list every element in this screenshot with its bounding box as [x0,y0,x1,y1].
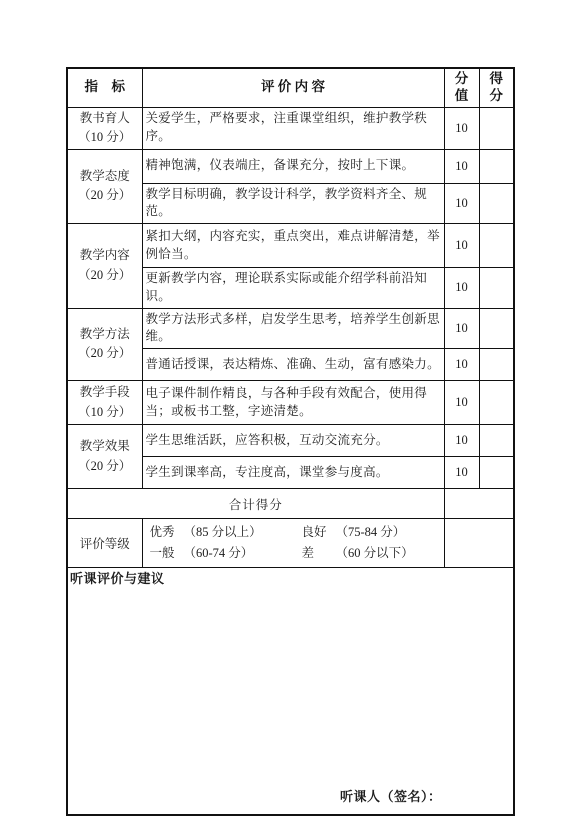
header-obtained: 得 分 [479,68,514,107]
grade-option-name: 优秀 [150,524,184,540]
score-value: 10 [444,149,479,183]
indicator-group-6: 教学效果 （20 分） [67,425,142,489]
indicator-group-3: 教学内容 （20 分） [67,224,142,309]
indicator-group-5: 教学手段 （10 分） [67,381,142,425]
group-name: 教书育人 [69,109,141,128]
criterion-text: 紧扣大纲，内容充实，重点突出，难点讲解清楚，举例恰当。 [142,224,444,268]
table-row: 教学内容 （20 分） 紧扣大纲，内容充实，重点突出，难点讲解清楚，举例恰当。 … [67,224,514,268]
group-points: （10 分） [69,403,141,422]
document-page: 指 标 评 价 内 容 分 值 得 分 教书育人 （10 分） 关爱学生，严格要… [0,0,564,790]
criterion-text: 精神饱满，仪表端庄，备课充分，按时上下课。 [142,149,444,183]
grade-option-name: 良好 [302,524,336,540]
grade-option-range: （60 分以下） [336,546,414,560]
grade-result-cell [444,519,514,568]
table-row: 教学手段 （10 分） 电子课件制作精良，与各种手段有效配合，使用得当；或板书工… [67,381,514,425]
total-score-cell [444,489,514,519]
obtained-score-cell [479,425,514,457]
obtained-score-cell [479,457,514,489]
total-score-row: 合计得分 [67,489,514,519]
obtained-score-cell [479,107,514,149]
score-value: 10 [444,425,479,457]
grade-option-name: 差 [302,545,336,561]
grade-option-range: （60-74 分） [184,546,254,560]
obtained-score-cell [479,268,514,309]
criterion-text: 教学方法形式多样，启发学生思考，培养学生创新思维。 [142,308,444,349]
grade-row: 评价等级 优秀（85 分以上） 良好（75-84 分） 一般（60-74 分） … [67,519,514,568]
group-points: （20 分） [69,344,141,363]
table-row: 教书育人 （10 分） 关爱学生，严格要求，注重课堂组织，维护教学秩序。 10 [67,107,514,149]
indicator-group-4: 教学方法 （20 分） [67,308,142,381]
score-value: 10 [444,349,479,381]
obtained-score-cell [479,349,514,381]
grade-options: 优秀（85 分以上） 良好（75-84 分） 一般（60-74 分） 差（60 … [144,520,443,566]
header-content: 评 价 内 容 [142,68,444,107]
group-points: （20 分） [69,186,141,205]
score-value: 10 [444,457,479,489]
score-value: 10 [444,183,479,224]
score-value: 10 [444,268,479,309]
criterion-text: 学生思维活跃，应答积极，互动交流充分。 [142,425,444,457]
table-row: 教学效果 （20 分） 学生思维活跃，应答积极，互动交流充分。 10 [67,425,514,457]
header-score: 分 值 [444,68,479,107]
grade-option-good: 良好（75-84 分） [302,524,441,540]
criterion-text: 更新教学内容，理论联系实际或能介绍学科前沿知识。 [142,268,444,309]
score-value: 10 [444,224,479,268]
group-name: 教学态度 [69,167,141,186]
table-row: 教学态度 （20 分） 精神饱满，仪表端庄，备课充分，按时上下课。 10 [67,149,514,183]
evaluation-table: 指 标 评 价 内 容 分 值 得 分 教书育人 （10 分） 关爱学生，严格要… [66,67,515,816]
table-row: 教学方法 （20 分） 教学方法形式多样，启发学生思考，培养学生创新思维。 10 [67,308,514,349]
group-name: 教学手段 [69,383,141,402]
grade-option-fair: 一般（60-74 分） [150,545,302,561]
score-value: 10 [444,107,479,149]
criterion-text: 普通话授课，表达精炼、准确、生动，富有感染力。 [142,349,444,381]
group-points: （20 分） [69,457,141,476]
comments-row: 听课评价与建议 听课人（签名）： [67,567,514,815]
grade-option-range: （85 分以上） [184,525,262,539]
group-points: （20 分） [69,266,141,285]
obtained-score-cell [479,149,514,183]
group-name: 教学方法 [69,325,141,344]
obtained-score-cell [479,224,514,268]
obtained-score-cell [479,183,514,224]
header-indicator: 指 标 [67,68,142,107]
grade-option-range: （75-84 分） [336,525,406,539]
obtained-score-cell [479,308,514,349]
score-value: 10 [444,381,479,425]
grade-label: 评价等级 [67,519,142,568]
grade-option-poor: 差（60 分以下） [302,545,441,561]
comments-title: 听课评价与建议 [70,568,165,587]
grade-option-excellent: 优秀（85 分以上） [150,524,302,540]
comments-section: 听课评价与建议 听课人（签名）： [67,567,514,815]
table-header-row: 指 标 评 价 内 容 分 值 得 分 [67,68,514,107]
indicator-group-1: 教书育人 （10 分） [67,107,142,149]
criterion-text: 学生到课率高，专注度高，课堂参与度高。 [142,457,444,489]
obtained-score-cell [479,381,514,425]
criterion-text: 教学目标明确，教学设计科学，教学资料齐全、规范。 [142,183,444,224]
total-score-label: 合计得分 [67,489,444,519]
criterion-text: 电子课件制作精良，与各种手段有效配合，使用得当；或板书工整，字迹清楚。 [142,381,444,425]
group-points: （10 分） [69,128,141,147]
grade-option-name: 一般 [150,545,184,561]
group-name: 教学效果 [69,437,141,456]
grade-options-cell: 优秀（85 分以上） 良好（75-84 分） 一般（60-74 分） 差（60 … [142,519,444,568]
criterion-text: 关爱学生，严格要求，注重课堂组织，维护教学秩序。 [142,107,444,149]
group-name: 教学内容 [69,246,141,265]
signature-label: 听课人（签名）： [340,786,442,805]
indicator-group-2: 教学态度 （20 分） [67,149,142,224]
score-value: 10 [444,308,479,349]
